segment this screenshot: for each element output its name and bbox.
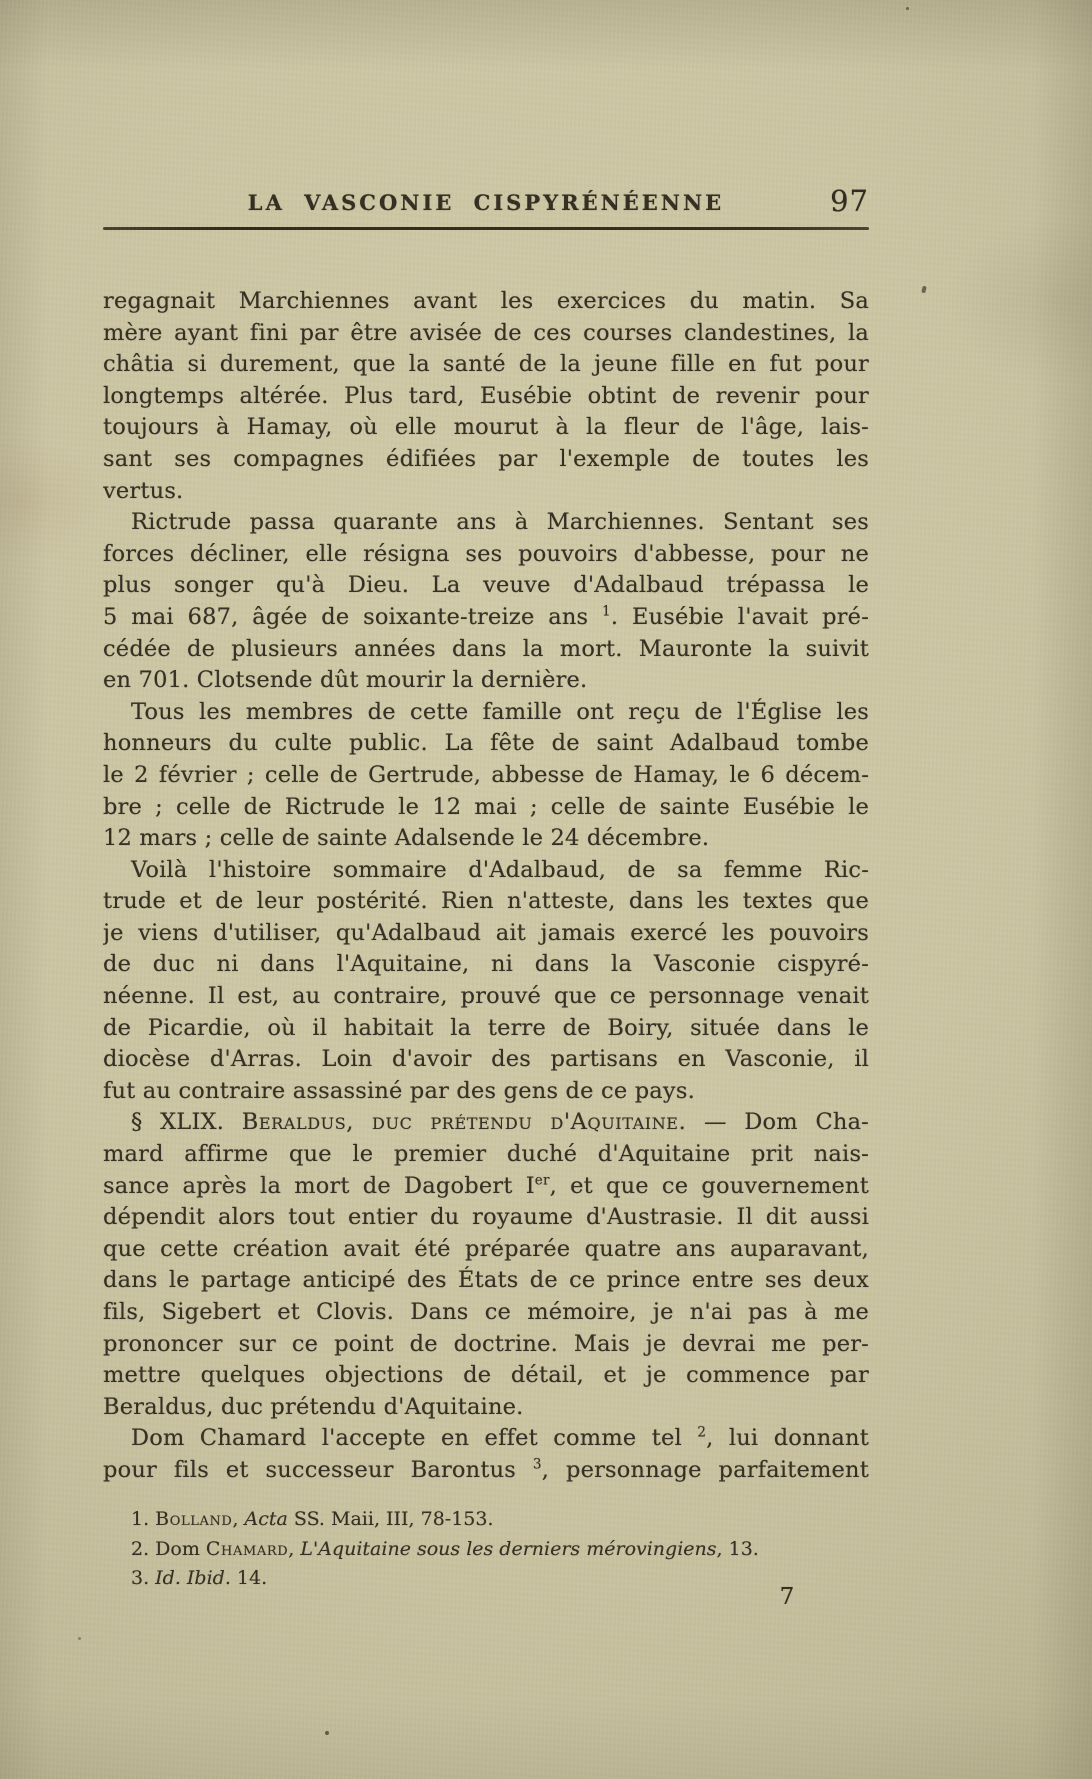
text-segment: prononcer sur ce point de doctrine. Mais…	[103, 1331, 869, 1357]
footnote-reference: 1	[602, 603, 611, 619]
paper-speck	[78, 1637, 81, 1640]
text-segment: vertus.	[103, 478, 183, 504]
text-line: pour fils et successeur Barontus 3, pers…	[103, 1455, 869, 1487]
text-segment: dépendit alors tout entier du royaume d'…	[103, 1204, 869, 1230]
italic-segment: L'Aquitaine sous les derniers mérovingie…	[300, 1538, 716, 1560]
text-segment: Dom Chamard l'accepte en effet comme tel	[131, 1425, 697, 1451]
text-segment: 12 mars ; celle de sainte Adalsende le 2…	[103, 825, 709, 851]
text-segment: mettre quelques objections de détail, et…	[103, 1362, 869, 1388]
text-line: cédée de plusieurs années dans la mort. …	[103, 634, 869, 666]
text-segment: cédée de plusieurs années dans la mort. …	[103, 636, 869, 662]
text-segment: ,	[232, 1508, 244, 1530]
text-segment: sant ses compagnes édifiées par l'exempl…	[103, 446, 869, 472]
text-segment: pour fils et successeur Barontus	[103, 1457, 533, 1483]
small-caps-segment: Beraldus, duc prétendu d'Aquitaine.	[242, 1109, 687, 1135]
text-segment: châtia si durement, que la santé de la j…	[103, 351, 869, 377]
text-line: néenne. Il est, au contraire, prouvé que…	[103, 981, 869, 1013]
text-line: toujours à Hamay, où elle mourut à la fl…	[103, 412, 869, 444]
text-segment: — Dom Cha-	[686, 1109, 869, 1135]
text-segment: diocèse d'Arras. Loin d'avoir des partis…	[103, 1046, 869, 1072]
body-text: regagnait Marchiennes avant les exercice…	[103, 286, 869, 1487]
text-line: mère ayant fini par être avisée de ces c…	[103, 318, 869, 350]
text-line: longtemps altérée. Plus tard, Eusébie ob…	[103, 381, 869, 413]
text-line: regagnait Marchiennes avant les exercice…	[103, 286, 869, 318]
text-segment: de duc ni dans l'Aquitaine, ni dans la V…	[103, 951, 869, 977]
italic-segment: Acta	[245, 1508, 288, 1530]
footnote-reference: er	[535, 1172, 550, 1188]
text-segment: en 701. Clotsende dût mourir la dernière…	[103, 667, 587, 693]
text-segment: plus songer qu'à Dieu. La veuve d'Adalba…	[103, 572, 869, 598]
footnotes: 1. Bolland, Acta SS. Maii, III, 78-153.2…	[103, 1505, 869, 1594]
text-segment: 5 mai 687, âgée de soixante-treize ans	[103, 604, 602, 630]
text-line: je viens d'utiliser, qu'Adalbaud ait jam…	[103, 918, 869, 950]
text-line: honneurs du culte public. La fête de sai…	[103, 728, 869, 760]
scanned-book-page: LA VASCONIE CISPYRÉNÉENNE 97 regagnait M…	[0, 0, 1092, 1779]
text-segment: Rictrude passa quarante ans à Marchienne…	[131, 509, 869, 535]
footnote-line: 2. Dom Chamard, L'Aquitaine sous les der…	[103, 1535, 869, 1565]
text-line: 12 mars ; celle de sainte Adalsende le 2…	[103, 823, 869, 855]
text-line: forces décliner, elle résigna ses pouvoi…	[103, 539, 869, 571]
footnote-line: 1. Bolland, Acta SS. Maii, III, 78-153.	[103, 1505, 869, 1535]
text-segment: trude et de leur postérité. Rien n'attes…	[103, 888, 869, 914]
footnote-reference: 3	[533, 1456, 542, 1472]
text-segment: 1.	[131, 1508, 155, 1530]
paper-speck	[906, 7, 909, 10]
text-line: prononcer sur ce point de doctrine. Mais…	[103, 1329, 869, 1361]
text-line: trude et de leur postérité. Rien n'attes…	[103, 886, 869, 918]
text-line: Beraldus, duc prétendu d'Aquitaine.	[103, 1392, 869, 1424]
footnote-line: 3. Id. Ibid. 14.	[103, 1564, 869, 1594]
small-caps-segment: Chamard	[206, 1538, 288, 1560]
paper-speck	[325, 1731, 329, 1735]
text-line: dans le partage anticipé des États de ce…	[103, 1265, 869, 1297]
text-segment: , 13.	[717, 1538, 759, 1560]
text-line: fils, Sigebert et Clovis. Dans ce mémoir…	[103, 1297, 869, 1329]
text-segment: néenne. Il est, au contraire, prouvé que…	[103, 983, 869, 1009]
text-segment: mère ayant fini par être avisée de ces c…	[103, 320, 869, 346]
text-segment: bre ; celle de Rictrude le 12 mai ; cell…	[103, 794, 869, 820]
text-segment: . Eusébie l'avait pré-	[611, 604, 869, 630]
text-segment: SS. Maii, III, 78-153.	[288, 1508, 494, 1530]
text-line: sance après la mort de Dagobert Ier, et …	[103, 1171, 869, 1203]
text-segment: , lui donnant	[706, 1425, 869, 1451]
text-line: Tous les membres de cette famille ont re…	[103, 697, 869, 729]
text-line: de Picardie, où il habitait la terre de …	[103, 1013, 869, 1045]
text-segment: Beraldus, duc prétendu d'Aquitaine.	[103, 1394, 524, 1420]
text-segment: mard affirme que le premier duché d'Aqui…	[103, 1141, 869, 1167]
text-segment: de Picardie, où il habitait la terre de …	[103, 1015, 869, 1041]
text-line: en 701. Clotsende dût mourir la dernière…	[103, 665, 869, 697]
small-caps-segment: Bolland	[155, 1508, 232, 1530]
text-line: sant ses compagnes édifiées par l'exempl…	[103, 444, 869, 476]
text-line: 5 mai 687, âgée de soixante-treize ans 1…	[103, 602, 869, 634]
text-segment: regagnait Marchiennes avant les exercice…	[103, 288, 869, 314]
text-line: le 2 février ; celle de Gertrude, abbess…	[103, 760, 869, 792]
text-segment: le 2 février ; celle de Gertrude, abbess…	[103, 762, 869, 788]
text-segment: 2. Dom	[131, 1538, 206, 1560]
text-segment: toujours à Hamay, où elle mourut à la fl…	[103, 414, 869, 440]
text-segment: je viens d'utiliser, qu'Adalbaud ait jam…	[103, 920, 869, 946]
text-line: châtia si durement, que la santé de la j…	[103, 349, 869, 381]
text-line: vertus.	[103, 476, 869, 508]
text-segment: dans le partage anticipé des États de ce…	[103, 1267, 869, 1293]
text-segment: sance après la mort de Dagobert I	[103, 1173, 535, 1199]
text-line: diocèse d'Arras. Loin d'avoir des partis…	[103, 1044, 869, 1076]
text-line: § XLIX. Beraldus, duc prétendu d'Aquitai…	[103, 1107, 869, 1139]
text-segment: 3.	[131, 1567, 155, 1589]
page-number: 97	[103, 184, 869, 218]
text-line: que cette création avait été préparée qu…	[103, 1234, 869, 1266]
text-segment: longtemps altérée. Plus tard, Eusébie ob…	[103, 383, 869, 409]
text-line: mard affirme que le premier duché d'Aqui…	[103, 1139, 869, 1171]
text-line: fut au contraire assassiné par des gens …	[103, 1076, 869, 1108]
header-rule	[103, 227, 869, 230]
text-segment: honneurs du culte public. La fête de sai…	[103, 730, 869, 756]
text-segment: fut au contraire assassiné par des gens …	[103, 1078, 695, 1104]
text-line: dépendit alors tout entier du royaume d'…	[103, 1202, 869, 1234]
text-line: de duc ni dans l'Aquitaine, ni dans la V…	[103, 949, 869, 981]
text-line: bre ; celle de Rictrude le 12 mai ; cell…	[103, 792, 869, 824]
text-segment: , personnage parfaitement	[542, 1457, 869, 1483]
text-line: Dom Chamard l'accepte en effet comme tel…	[103, 1423, 869, 1455]
text-segment: que cette création avait été préparée qu…	[103, 1236, 869, 1262]
text-segment: Voilà l'histoire sommaire d'Adalbaud, de…	[131, 857, 869, 883]
text-line: mettre quelques objections de détail, et…	[103, 1360, 869, 1392]
text-segment: fils, Sigebert et Clovis. Dans ce mémoir…	[103, 1299, 869, 1325]
text-line: plus songer qu'à Dieu. La veuve d'Adalba…	[103, 570, 869, 602]
signature-mark: 7	[770, 1584, 804, 1610]
text-segment: Tous les membres de cette famille ont re…	[131, 699, 869, 725]
italic-segment: Id. Ibid.	[155, 1567, 231, 1589]
paper-speck	[921, 286, 927, 294]
footnote-reference: 2	[697, 1425, 706, 1441]
text-segment: 14.	[231, 1567, 267, 1589]
text-line: Rictrude passa quarante ans à Marchienne…	[103, 507, 869, 539]
text-segment: , et que ce gouvernement	[550, 1173, 869, 1199]
text-segment: ,	[288, 1538, 300, 1560]
text-segment: § XLIX.	[131, 1109, 242, 1135]
text-line: Voilà l'histoire sommaire d'Adalbaud, de…	[103, 855, 869, 887]
text-segment: forces décliner, elle résigna ses pouvoi…	[103, 541, 869, 567]
